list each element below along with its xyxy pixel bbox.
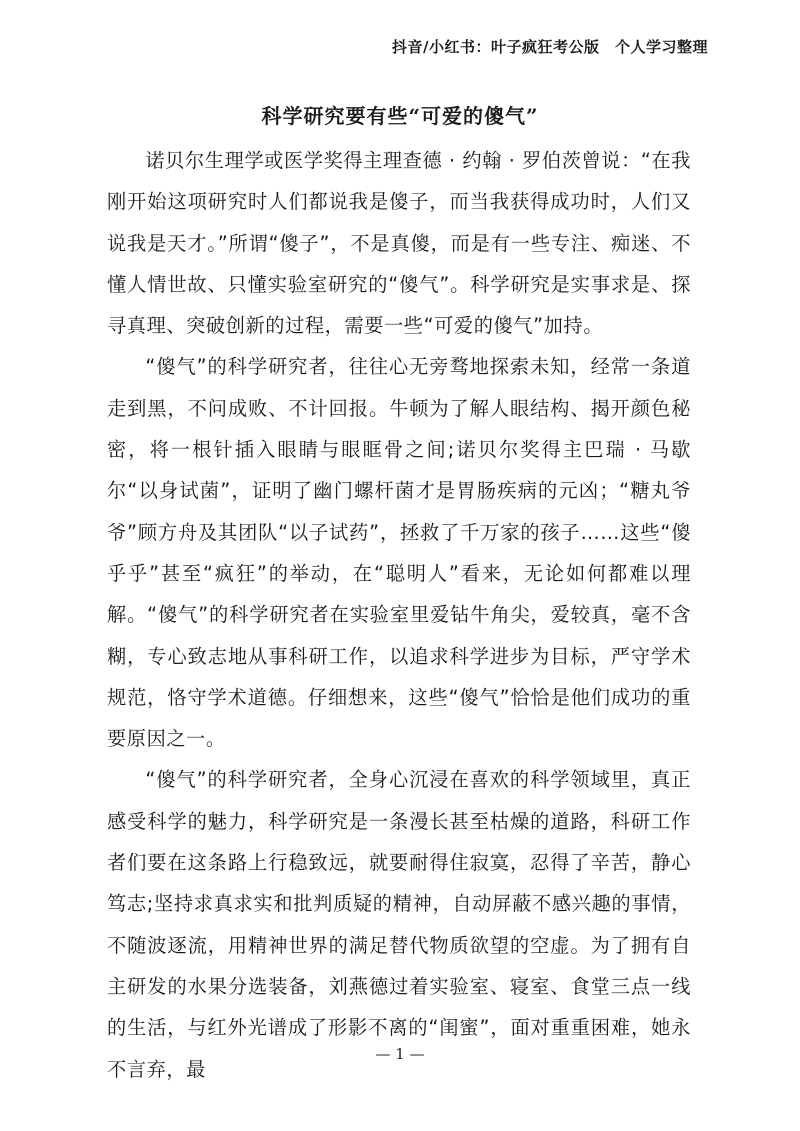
paragraph-3: “傻气”的科学研究者，全身心沉浸在喜欢的科学领域里，真正感受科学的魅力，科学研究… [107, 759, 691, 1089]
page-number: — 1 — [0, 1045, 800, 1063]
paragraph-2: “傻气”的科学研究者，往往心无旁骛地探索未知，经常一条道走到黑，不问成败、不计回… [107, 346, 691, 759]
paragraph-1: 诺贝尔生理学或医学奖得主理查德 · 约翰 · 罗伯茨曾说：“在我刚开始这项研究时… [107, 140, 691, 346]
document-title: 科学研究要有些“可爱的傻气” [0, 100, 800, 129]
header-note: 抖音/小红书：叶子疯狂考公版 个人学习整理 [392, 36, 708, 57]
document-body: 诺贝尔生理学或医学奖得主理查德 · 约翰 · 罗伯茨曾说：“在我刚开始这项研究时… [107, 140, 691, 1090]
